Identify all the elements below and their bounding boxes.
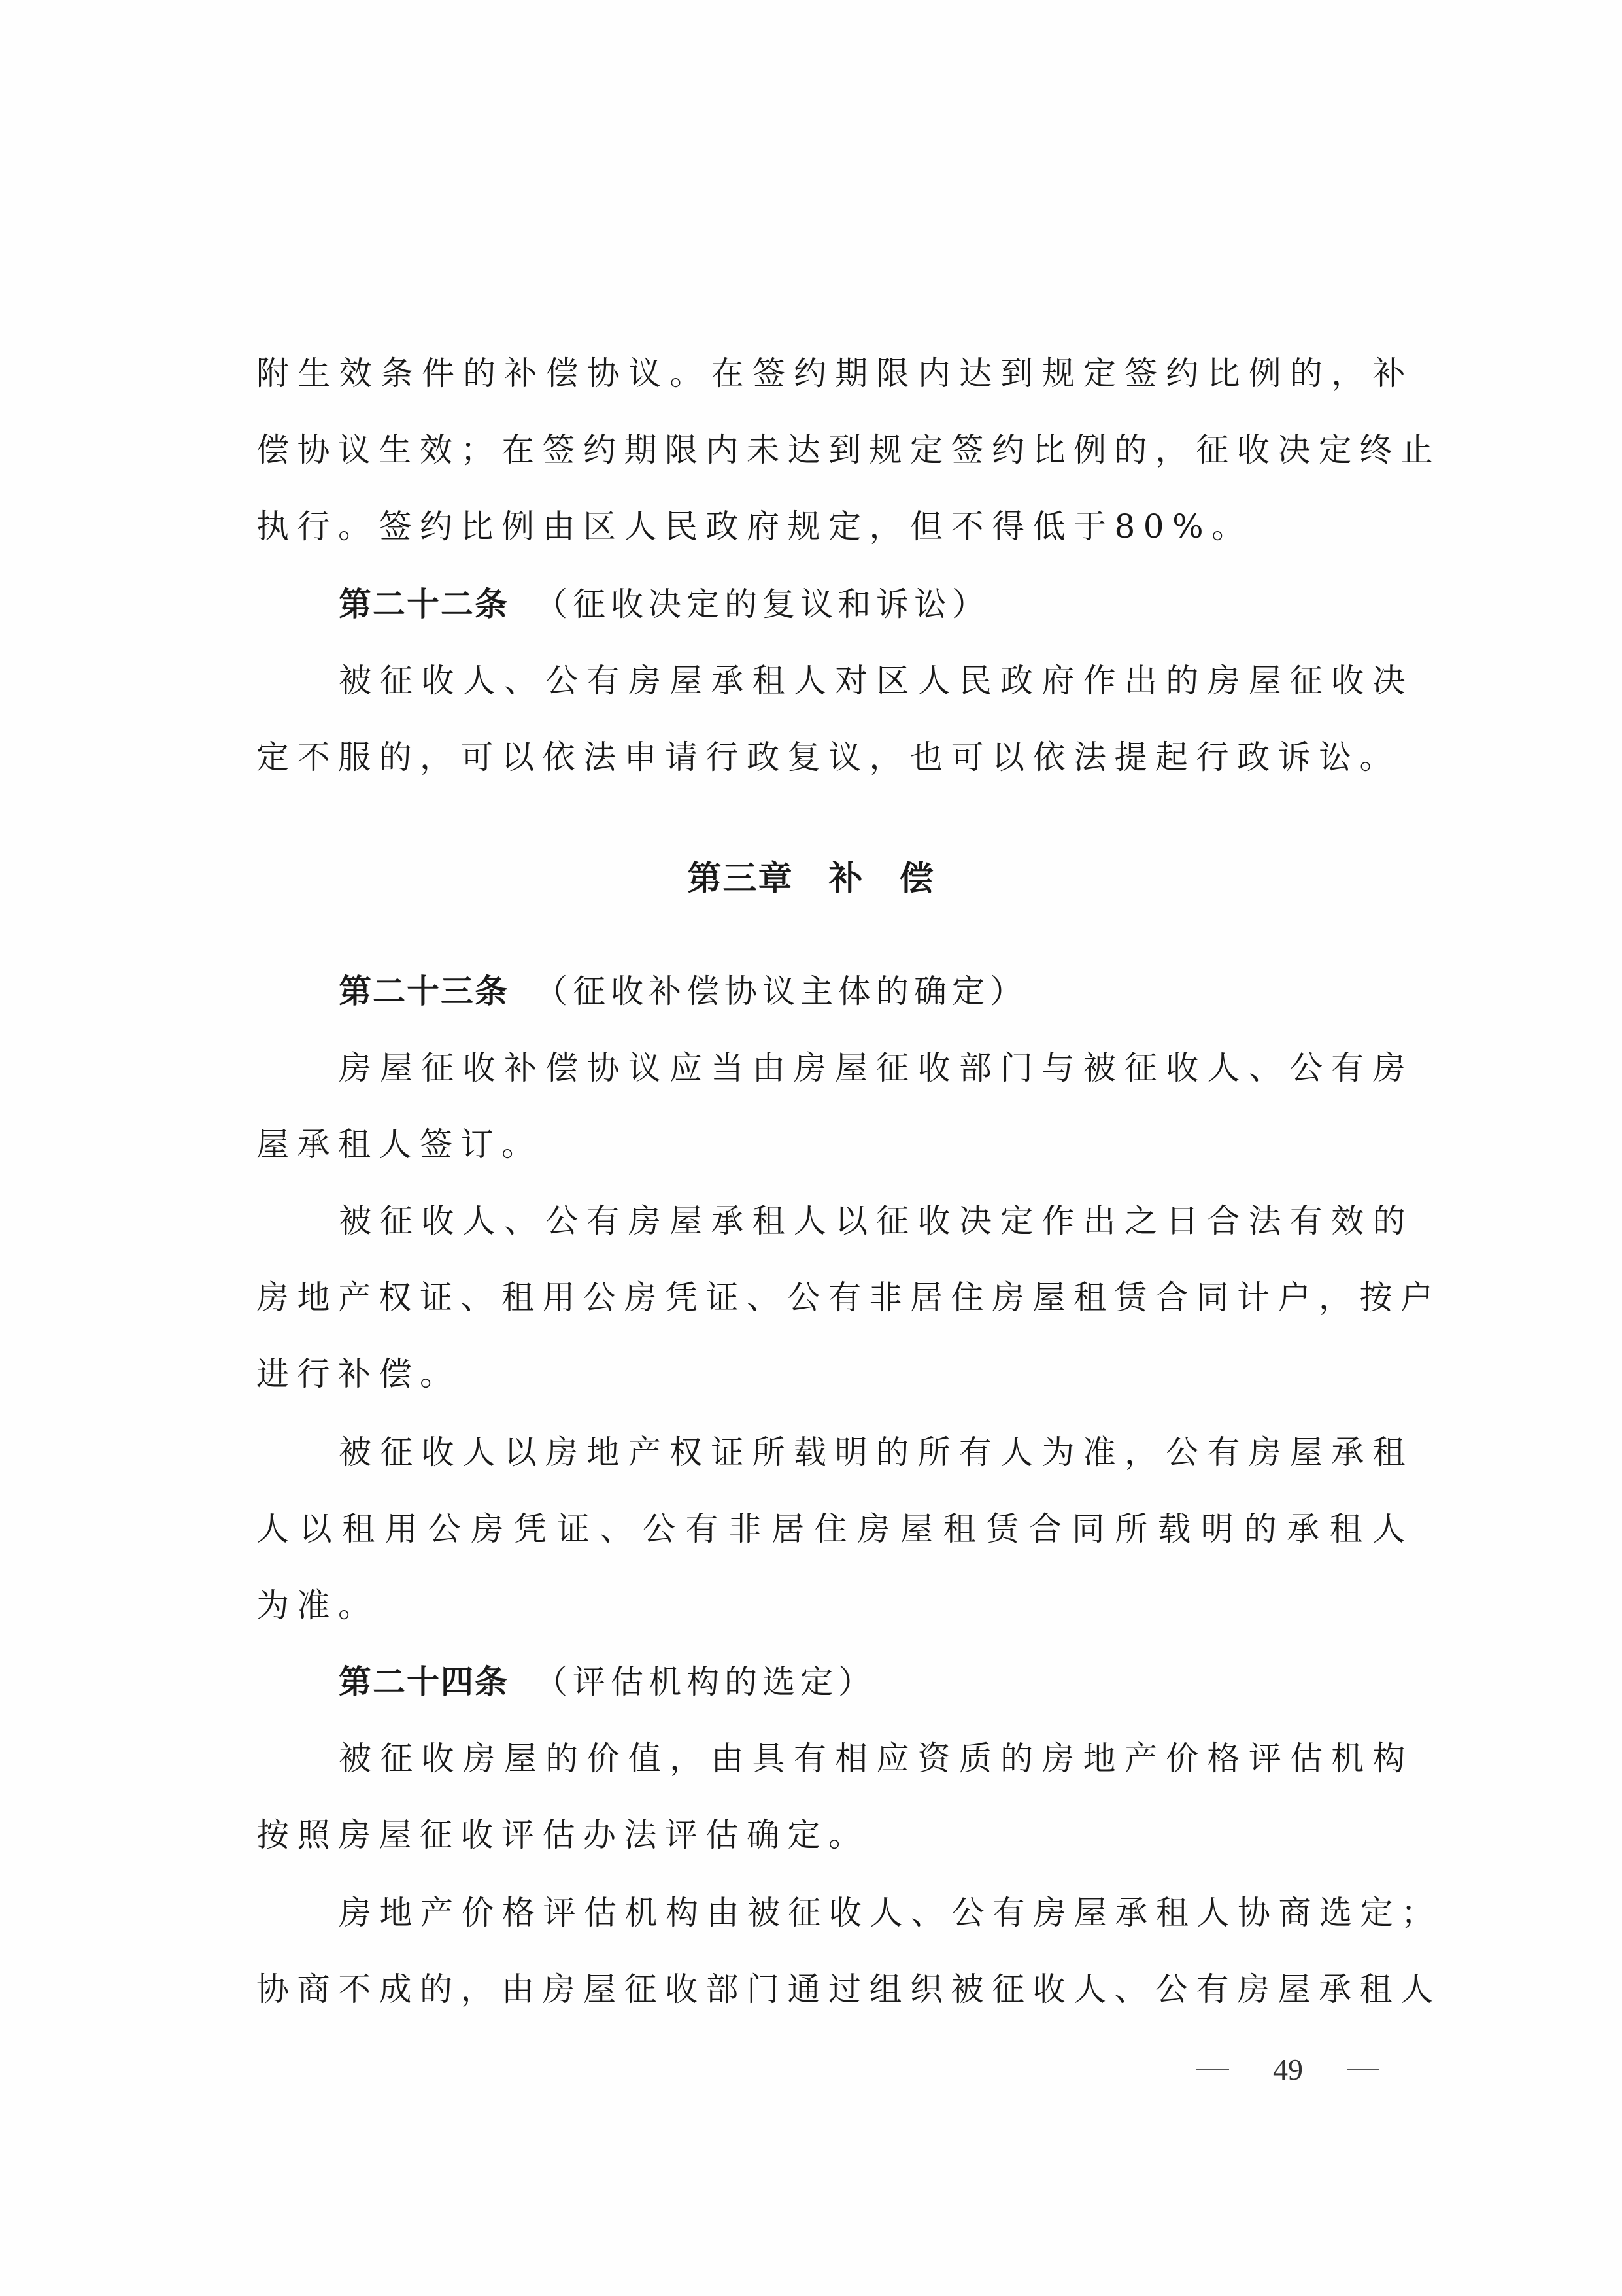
body-line: 房地产权证、租用公房凭证、公有非居住房屋租赁合同计户，按户 — [256, 1278, 1413, 1317]
body-line: 人以租用公房凭证、公有非居住房屋租赁合同所载明的承租人 — [256, 1509, 1413, 1549]
article-number: 第二十三条 — [339, 972, 509, 1010]
body-line: 附生效条件的补偿协议。在签约期限内达到规定签约比例的，补 — [256, 354, 1413, 393]
document-page: 附生效条件的补偿协议。在签约期限内达到规定签约比例的，补 偿协议生效；在签约期限… — [0, 0, 1622, 2296]
body-line: 按照房屋征收评估办法评估确定。 — [256, 1815, 1413, 1855]
body-line: 被征收人以房地产权证所载明的所有人为准，公有房屋承租 — [339, 1433, 1413, 1472]
article-number: 第二十二条 — [339, 585, 509, 623]
body-line: 屋承租人签订。 — [256, 1125, 1413, 1164]
article-23-heading: 第二十三条（征收补偿协议主体的确定） — [339, 972, 1413, 1011]
chapter-heading: 第三章 补 偿 — [0, 858, 1622, 900]
page-number: 49 — [1273, 2052, 1303, 2087]
body-line: 定不服的，可以依法申请行政复议，也可以依法提起行政诉讼。 — [256, 738, 1413, 777]
article-title: （评估机构的选定） — [535, 1663, 876, 1701]
body-line: 房屋征收补偿协议应当由房屋征收部门与被征收人、公有房 — [339, 1048, 1413, 1088]
body-line: 执行。签约比例由区人民政府规定，但不得低于80%。 — [256, 507, 1413, 546]
article-title: （征收决定的复议和诉讼） — [535, 585, 990, 623]
body-line: 进行补偿。 — [256, 1354, 1413, 1394]
dash-decoration — [1196, 2069, 1229, 2070]
body-line: 被征收房屋的价值，由具有相应资质的房地产价格评估机构 — [339, 1739, 1413, 1778]
page-number-footer: 49 — [1196, 2052, 1379, 2087]
article-24-heading: 第二十四条（评估机构的选定） — [339, 1662, 1413, 1702]
body-line: 为准。 — [256, 1586, 1413, 1625]
article-number: 第二十四条 — [339, 1663, 509, 1701]
body-line: 房地产价格评估机构由被征收人、公有房屋承租人协商选定； — [339, 1893, 1413, 1932]
body-line: 协商不成的，由房屋征收部门通过组织被征收人、公有房屋承租人 — [256, 1970, 1413, 2009]
body-line: 被征收人、公有房屋承租人对区人民政府作出的房屋征收决 — [339, 661, 1413, 700]
article-22-heading: 第二十二条（征收决定的复议和诉讼） — [339, 585, 1413, 624]
body-line: 偿协议生效；在签约期限内未达到规定签约比例的，征收决定终止 — [256, 430, 1413, 470]
body-line: 被征收人、公有房屋承租人以征收决定作出之日合法有效的 — [339, 1201, 1413, 1241]
article-title: （征收补偿协议主体的确定） — [535, 972, 1028, 1010]
dash-decoration — [1347, 2069, 1379, 2070]
